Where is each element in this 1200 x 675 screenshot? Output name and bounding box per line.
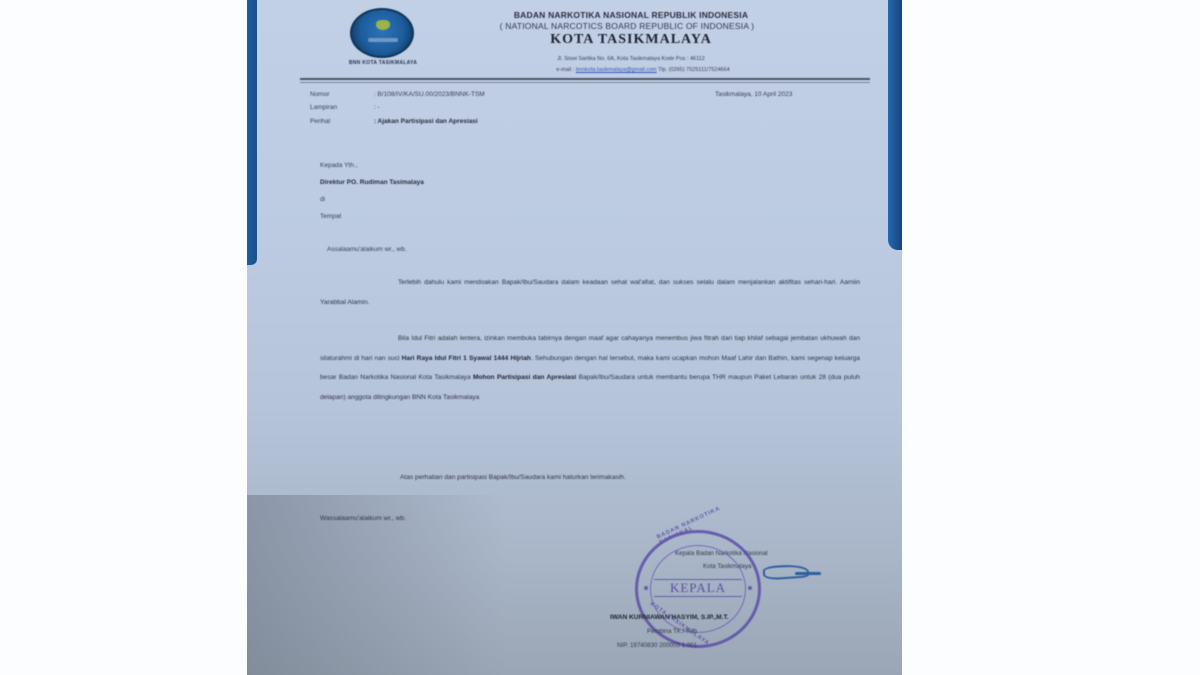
handwritten-signature (795, 572, 821, 575)
closing-line: Atas perhatian dan partisipasi Bapak/Ibu… (400, 474, 626, 481)
phone: Tlp. (0265) 7525111/7524664 (658, 67, 730, 73)
contact-line: e-mail : bnnkota.tasikmalaya@gmail.com T… (423, 67, 863, 73)
paper-edge (247, 0, 257, 265)
lampiran-value: : - (374, 104, 380, 111)
paragraph-1: Terlebih dahulu kami mendoakan Bapak/Ibu… (320, 273, 860, 312)
lampiran-label: Lampiran (310, 104, 372, 111)
nomor-value: : B/108/IV/KA/SU.00/2023/BNNK-TSM (374, 91, 485, 98)
city-title: KOTA TASIKMALAYA (441, 32, 821, 48)
nomor-label: Nomor (310, 91, 372, 98)
signatory-name: IWAN KURNIAWAN HASYIM, S.IP.,M.T. (610, 614, 729, 621)
paragraph-2: Bila Idul Fitri adalah lentera, izinkan … (320, 329, 860, 407)
perihal-value: : Ajakan Partisipasi dan Apresiasi (374, 118, 478, 125)
recipient-salutation: Kepada Yth., (320, 162, 357, 169)
background-left (0, 0, 247, 675)
letter: BNN KOTA TASIKMALAYA BADAN NARKOTIKA NAS… (255, 0, 887, 675)
bnn-emblem-icon (350, 8, 414, 58)
recipient-place: Tempat (320, 213, 341, 220)
nomor-row: Nomor : B/108/IV/KA/SU.00/2023/BNNK-TSM (310, 91, 485, 98)
agency-name: BADAN NARKOTIKA NASIONAL REPUBLIK INDONE… (441, 10, 821, 20)
logo-caption: BNN KOTA TASIKMALAYA (343, 60, 423, 66)
stamp-dot (748, 586, 752, 590)
closing-greeting: Wassalaamu'alaikum wr., wb. (320, 515, 406, 522)
stamp-ring-text: BADAN NARKOTIKA NASIONAL (656, 492, 754, 546)
perihal-row: Perihal : Ajakan Partisipasi dan Apresia… (310, 118, 478, 125)
document-photo: BNN KOTA TASIKMALAYA BADAN NARKOTIKA NAS… (247, 0, 902, 675)
signatory-rank: Pembina TK.I IV/b (647, 628, 697, 635)
email-label: e-mail : (556, 67, 574, 73)
background-right (902, 0, 1200, 675)
recipient-di: di (320, 196, 325, 203)
request-phrase: Mohon Partisipasi dan Apresiasi (473, 374, 576, 381)
signatory-nip: NIP. 19740830 200003 1 001 (617, 642, 697, 649)
stamp-dot (644, 586, 648, 590)
paper-edge (888, 0, 902, 250)
opening-greeting: Assalaamu'alaikum wr., wb. (327, 246, 407, 253)
holiday-name: Hari Raya Idul Fitri 1 Syawal 1444 Hijri… (402, 355, 531, 362)
letter-date: Tasikmalaya, 10 April 2023 (715, 91, 792, 98)
garuda-icon (376, 20, 390, 30)
stamp-label: KEPALA (654, 579, 742, 597)
agency-name-en: ( NATIONAL NARCOTICS BOARD REPUBLIC OF I… (427, 21, 827, 31)
divider (300, 78, 870, 80)
divider (300, 82, 870, 83)
logo-text (368, 38, 398, 42)
address: Jl. Siswi Sartika No. 6A, Kota Tasikmala… (441, 56, 821, 62)
recipient-name: Direktur PO. Rudiman Tasimalaya (320, 179, 424, 186)
lampiran-row: Lampiran : - (310, 104, 380, 111)
email-link[interactable]: bnnkota.tasikmalaya@gmail.com (576, 67, 657, 73)
perihal-label: Perihal (310, 118, 372, 125)
